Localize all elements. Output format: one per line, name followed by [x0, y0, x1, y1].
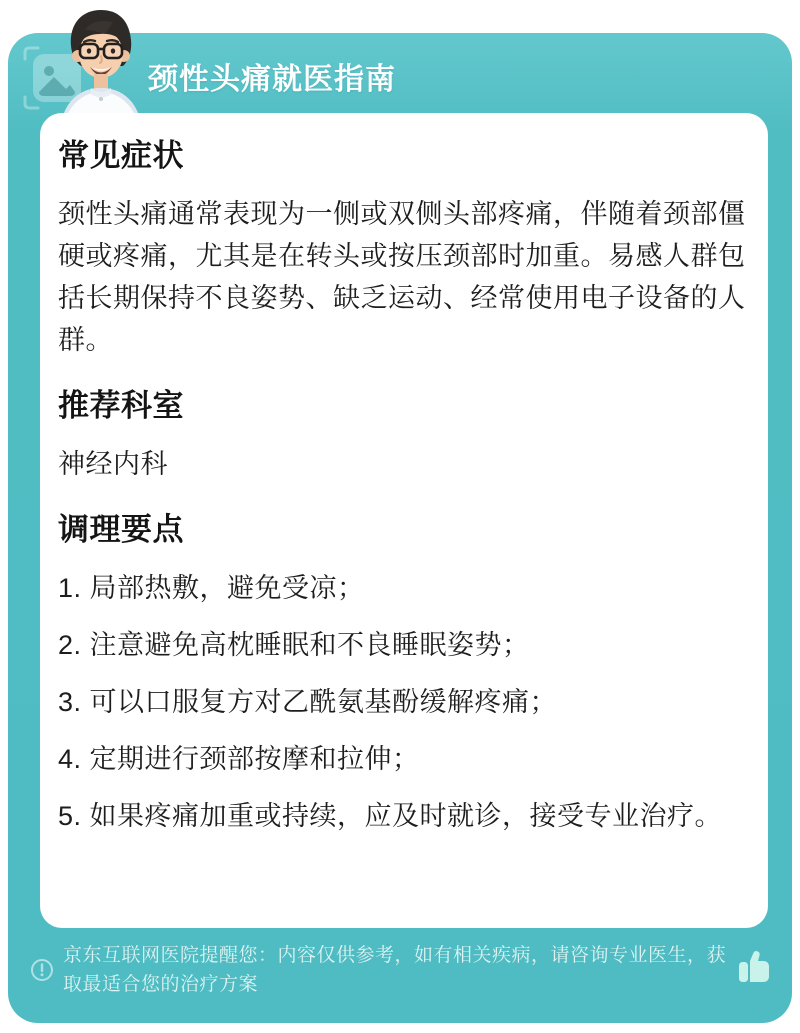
section-heading-symptoms: 常见症状: [58, 135, 750, 177]
symptoms-text: 颈性头痛通常表现为一侧或双侧头部疼痛，伴随着颈部僵硬或疼痛，尤其是在转头或按压颈…: [58, 193, 750, 361]
alert-circle-icon: [30, 958, 54, 982]
department-text: 神经内科: [58, 443, 750, 485]
guide-title: 颈性头痛就医指南: [148, 54, 396, 98]
care-item-1: 1. 局部热敷，避免受凉；: [58, 567, 750, 609]
content-card: 常见症状 颈性头痛通常表现为一侧或双侧头部疼痛，伴随着颈部僵硬或疼痛，尤其是在转…: [40, 113, 768, 928]
care-item-2: 2. 注意避免高枕睡眠和不良睡眠姿势；: [58, 624, 750, 666]
disclaimer-text: 京东互联网医院提醒您：内容仅供参考，如有相关疾病，请咨询专业医生，获取最适合您的…: [63, 941, 727, 999]
thumbs-up-icon[interactable]: [736, 948, 774, 986]
section-heading-department: 推荐科室: [58, 385, 750, 427]
disclaimer-bar: 京东互联网医院提醒您：内容仅供参考，如有相关疾病，请咨询专业医生，获取最适合您的…: [30, 941, 774, 999]
care-item-4: 4. 定期进行颈部按摩和拉伸；: [58, 738, 750, 780]
section-heading-care: 调理要点: [58, 509, 750, 551]
page: 颈性头痛就医指南 常见症状 颈性头痛通常表现为一侧或双侧头部疼痛，伴随着颈部僵硬…: [0, 0, 800, 1033]
care-item-5: 5. 如果疼痛加重或持续，应及时就诊，接受专业治疗。: [58, 795, 750, 837]
care-item-3: 3. 可以口服复方对乙酰氨基酚缓解疼痛；: [58, 681, 750, 723]
medical-guide-card: 颈性头痛就医指南 常见症状 颈性头痛通常表现为一侧或双侧头部疼痛，伴随着颈部僵硬…: [8, 33, 792, 1023]
